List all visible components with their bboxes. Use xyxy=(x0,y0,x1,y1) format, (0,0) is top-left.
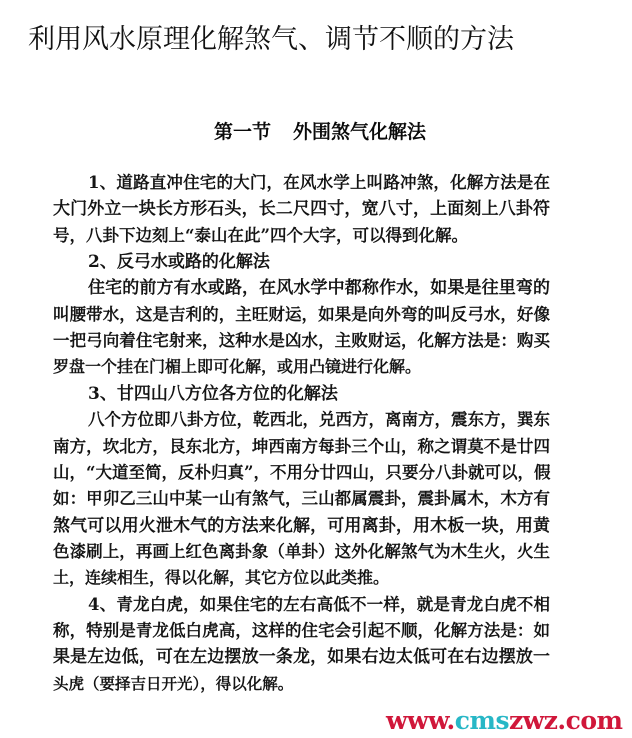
text-line: 色漆刷上，再画上红色离卦象（单卦）这外化解煞气为木生火，火生 xyxy=(53,540,550,564)
watermark-suffix: zwz.com xyxy=(509,706,622,735)
text-line: 大门外立一块长方形石头，长二尺四寸，宽八寸，上面刻上八卦符 xyxy=(53,197,550,221)
text-line: 3、甘四山八方位各方位的化解法 xyxy=(88,382,338,406)
text-line: 煞气可以用火泄木气的方法来化解，可用离卦，用木板一块，用黄 xyxy=(53,514,550,538)
watermark-prefix: www. xyxy=(386,706,455,735)
text-line: 如：甲卯乙三山中某一山有煞气，三山都属震卦，震卦属木，木方有 xyxy=(53,487,550,511)
watermark-logo: www.cmszwz.com xyxy=(386,706,622,736)
text-line: 住宅的前方有水或路，在风水学中都称作水，如果是往里弯的 xyxy=(88,276,550,300)
body-text: 1、道路直冲住宅的大门，在风水学上叫路冲煞，化解方法是在大门外立一块长方形石头，… xyxy=(0,0,632,738)
text-line: 果是左边低，可在左边摆放一条龙，如果右边太低可在右边摆放一 xyxy=(53,645,550,669)
text-line: 4、青龙白虎，如果住宅的左右高低不一样，就是青龙白虎不相 xyxy=(88,593,550,617)
text-line: 罗盘一个挂在门楣上即可化解，或用凸镜进行化解。 xyxy=(53,355,423,379)
text-line: 南方，坎北方，艮东北方，坤西南方每卦三个山，称之谓莫不是廿四 xyxy=(53,435,550,459)
text-line: 山，“大道至简，反朴归真”，不用分廿四山，只要分八卦就可以，假 xyxy=(53,461,550,485)
watermark-highlight: cms xyxy=(455,706,509,735)
text-line: 头虎（要择吉日开光），得以化解。 xyxy=(53,672,293,696)
text-line: 叫腰带水，这是吉利的，主旺财运，如果是向外弯的叫反弓水，好像 xyxy=(53,303,550,327)
text-line: 八个方位即八卦方位，乾西北，兑西方，离南方，震东方，巽东 xyxy=(88,408,550,432)
text-line: 2、反弓水或路的化解法 xyxy=(88,250,288,274)
text-line: 土，连续相生，得以化解，其它方位以此类推。 xyxy=(53,566,393,590)
text-line: 号，八卦下边刻上“泰山在此”四个大字，可以得到化解。 xyxy=(53,224,473,248)
text-line: 1、道路直冲住宅的大门，在风水学上叫路冲煞，化解方法是在 xyxy=(88,171,550,195)
text-line: 称，特别是青龙低白虎高，这样的住宅会引起不顺，化解方法是：如 xyxy=(53,619,550,643)
text-line: 一把弓向着住宅射来，这种水是凶水，主败财运，化解方法是：购买 xyxy=(53,329,550,353)
